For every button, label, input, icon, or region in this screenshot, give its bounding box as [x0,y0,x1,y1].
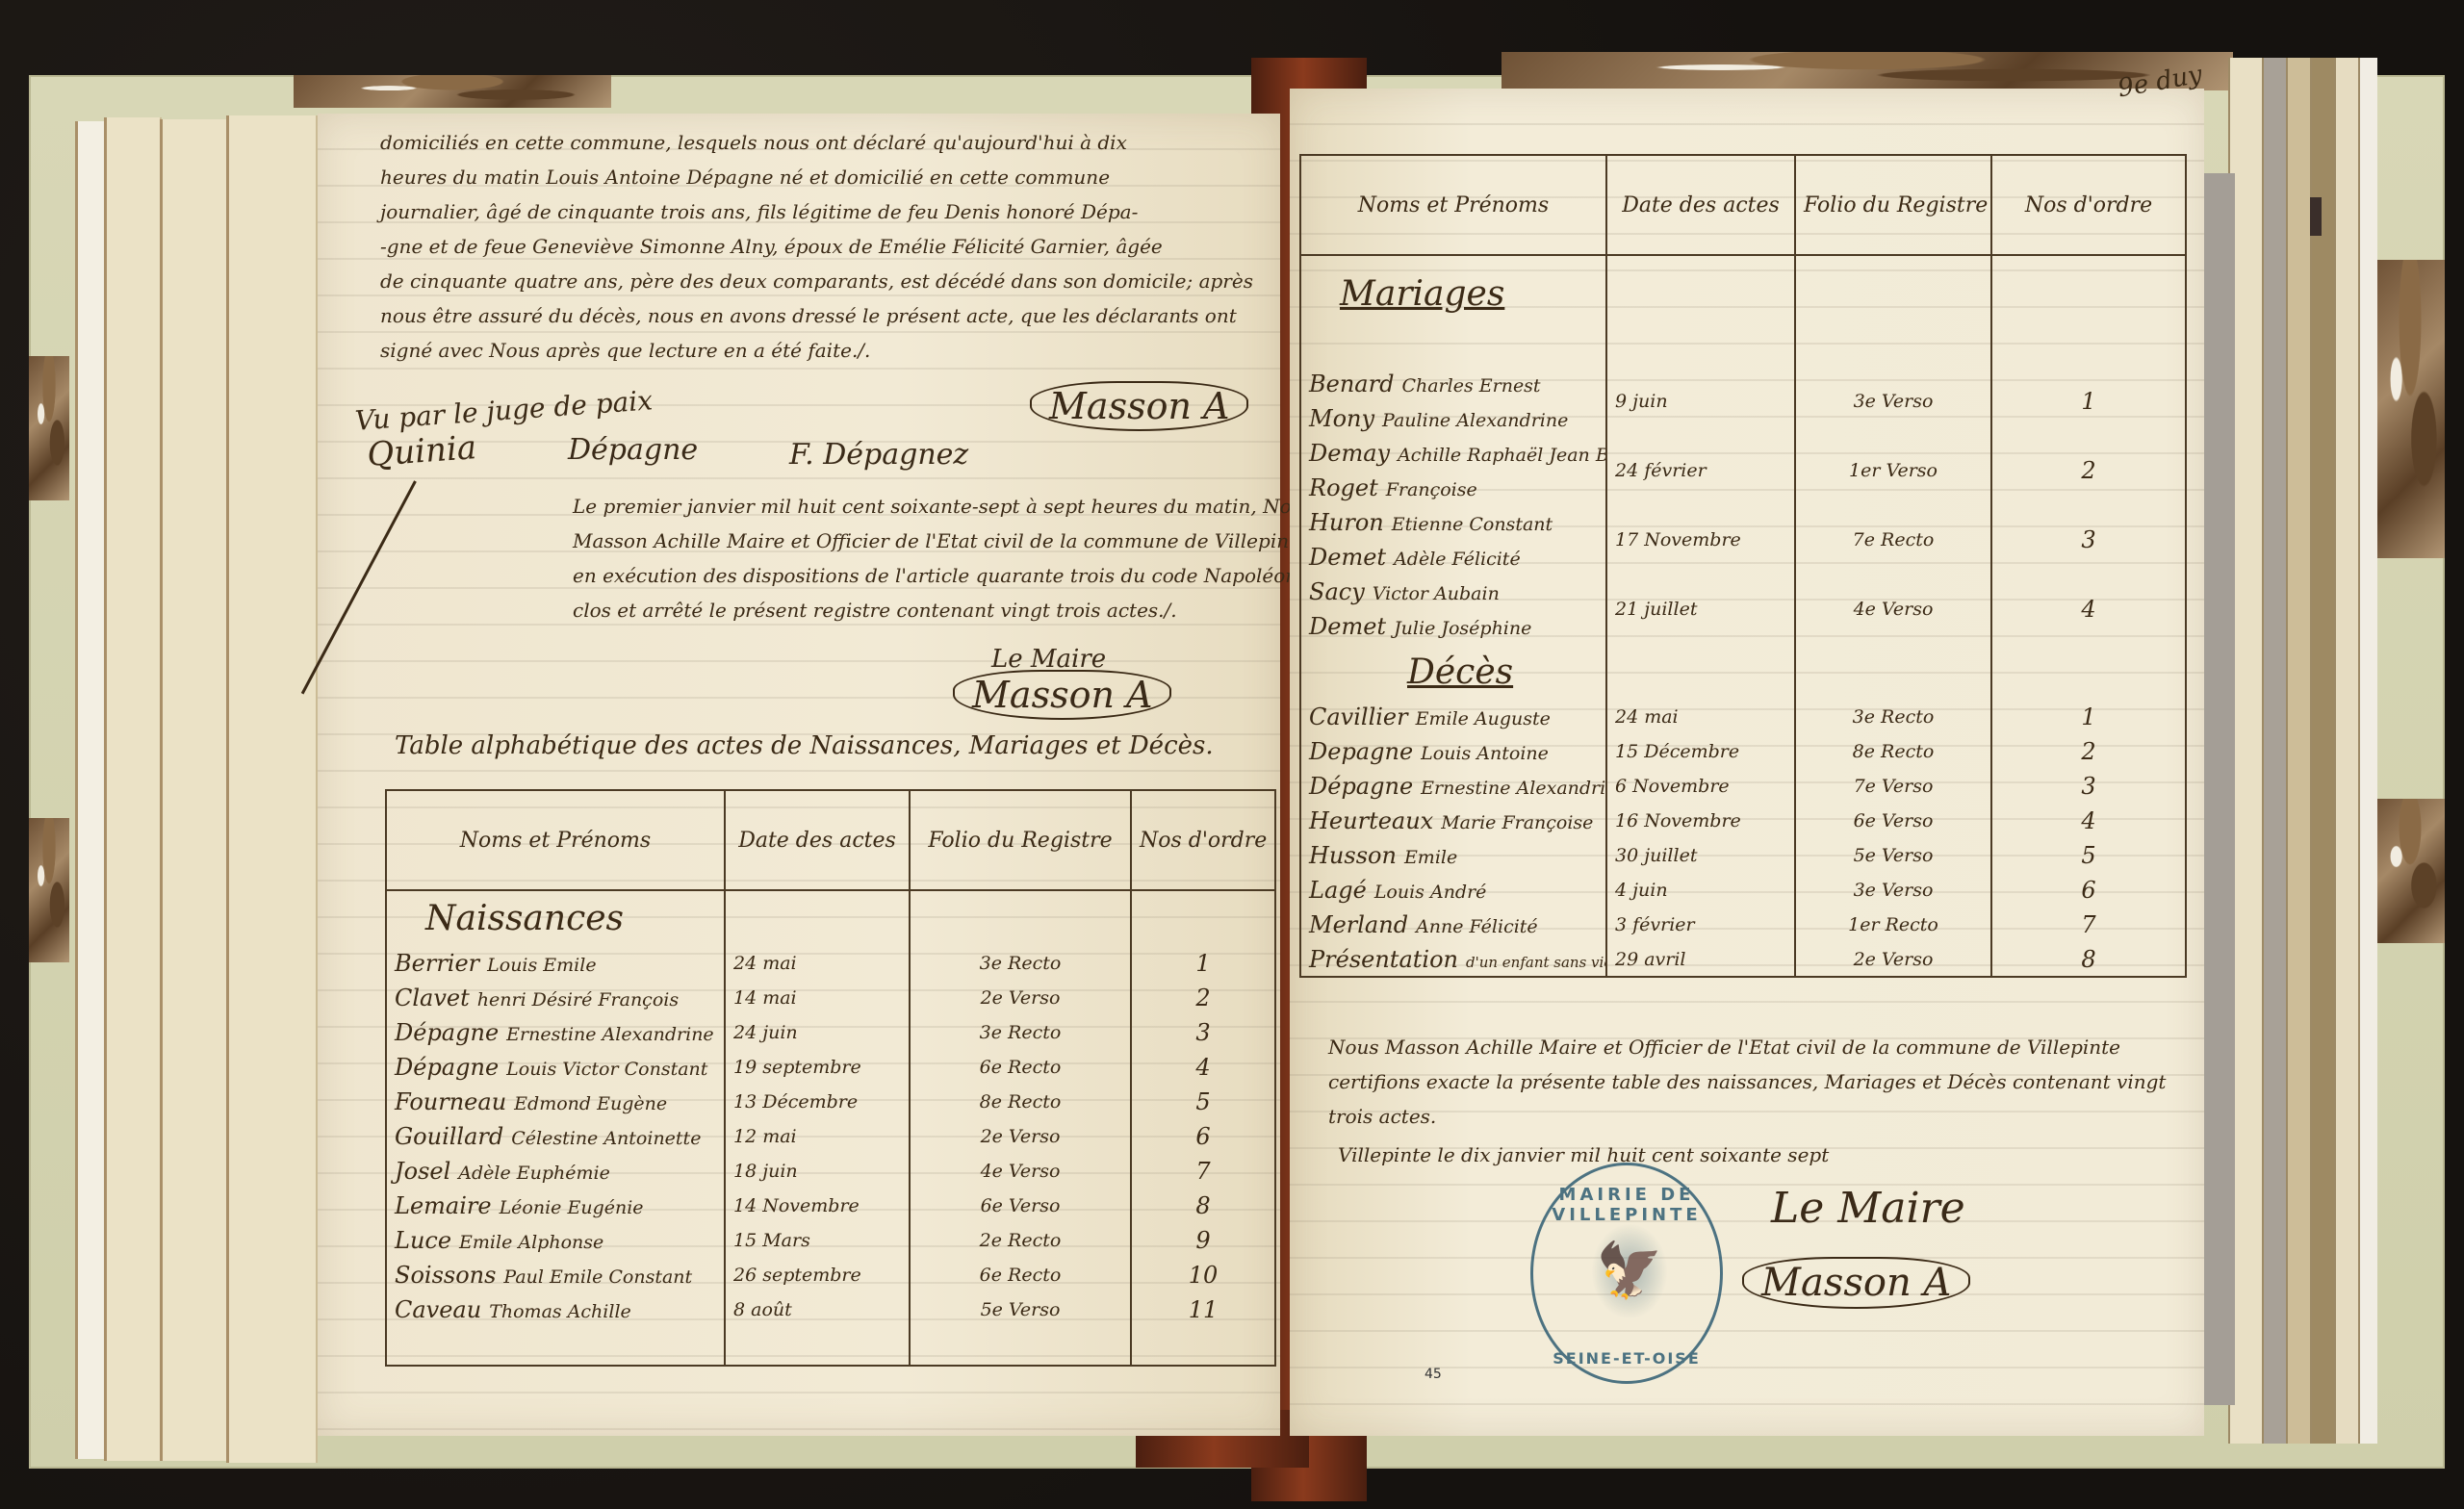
table-row: DepagneLouis Antoine 15 Décembre 8e Rect… [1300,734,2186,769]
clip-mark [2310,197,2322,236]
header-folio: Folio du Registre [910,790,1131,890]
table-row: GouillardCélestine Antoinette 12 mai 2e … [386,1119,1275,1154]
table-row: FourneauEdmond Eugène 13 Décembre 8e Rec… [386,1085,1275,1119]
table-row: JoselAdèle Euphémie 18 juin 4e Verso 7 [386,1154,1275,1189]
declarant-signature-1: Dépagne [568,433,698,467]
births-table: Noms et Prénoms Date des actes Folio du … [385,789,1276,1367]
page-edge [2358,58,2377,1444]
eagle-icon: 🦅 [1591,1223,1668,1319]
table-row: SoissonsPaul Emile Constant 26 septembre… [386,1258,1275,1292]
header-order: Nos d'ordre [1991,155,2186,255]
page-edge [104,117,162,1461]
table-title: Table alphabétique des actes de Naissanc… [395,731,1214,760]
mayor-signature: Masson A [1742,1261,1970,1305]
table-row: DépagneLouis Victor Constant 19 septembr… [386,1050,1275,1085]
page-number: 45 [1424,1367,1442,1382]
section-title-naissances: Naissances [386,890,725,946]
marbled-board [294,75,611,108]
section-row: Décès [1300,644,2186,700]
table-row: LagéLouis André 4 juin 3e Verso 6 [1300,873,2186,908]
stamp-top-text: MAIRIE DE VILLEPINTE [1533,1185,1720,1225]
death-record-text: domiciliés en cette commune, lesquels no… [380,125,1253,368]
page-edge [226,115,318,1463]
section-title-deces: Décès [1300,644,1606,700]
table-row: BerrierLouis Emile 24 mai 3e Recto 1 [386,946,1275,981]
table-row: LuceEmile Alphonse 15 Mars 2e Recto 9 [386,1223,1275,1258]
table-row: Présentationd'un enfant sans vie 29 avri… [1300,942,2186,977]
header-date: Date des actes [1606,155,1795,255]
mayor-title: Le Maire [1771,1184,1965,1233]
table-row: DépagneErnestine Alexandrine 24 juin 3e … [386,1015,1275,1050]
header-folio: Folio du Registre [1795,155,1991,255]
mayor-signature-2: Masson A [953,674,1171,716]
header-date: Date des actes [725,790,910,890]
table-spacer-row [386,1327,1275,1366]
table-header-row: Noms et Prénoms Date des actes Folio du … [386,790,1275,890]
table-row: DépagneErnestine Alexandrine 6 Novembre … [1300,769,2186,804]
marbled-board [2375,799,2445,943]
header-names: Noms et Prénoms [386,790,725,890]
table-row: HussonEmile 30 juillet 5e Verso 5 [1300,838,2186,873]
section-row: Mariages [1300,255,2186,332]
section-row: Naissances [386,890,1275,946]
declarant-signature-2: F. Dépagnez [789,438,968,472]
mayor-signature: Masson A [1030,385,1248,427]
table-row: CaveauThomas Achille 8 août 5e Verso 11 [386,1292,1275,1327]
stamp-bottom-text: SEINE-ET-OISE [1533,1349,1720,1368]
marriages-deaths-table: Noms et Prénoms Date des actes Folio du … [1299,154,2187,978]
table-row: BenardCharles Ernest 9 juin 3e Verso 1 [1300,367,2186,401]
place-date-line: Villepinte le dix janvier mil huit cent … [1338,1143,1829,1166]
register-closing-text: Le premier janvier mil huit cent soixant… [573,489,1366,627]
table-row: SacyVictor Aubain 21 juillet 4e Verso 4 [1300,575,2186,609]
table-row: HeurteauxMarie Françoise 16 Novembre 6e … [1300,804,2186,838]
table-row: Clavethenri Désiré François 14 mai 2e Ve… [386,981,1275,1015]
table-row: CavillierEmile Auguste 24 mai 3e Recto 1 [1300,700,2186,734]
table-row: MerlandAnne Félicité 3 février 1er Recto… [1300,908,2186,942]
mairie-stamp: MAIRIE DE VILLEPINTE 🦅 SEINE-ET-OISE [1530,1163,1723,1384]
section-title-mariages: Mariages [1300,255,1606,332]
table-row: LemaireLéonie Eugénie 14 Novembre 6e Ver… [386,1189,1275,1223]
table-header-row: Noms et Prénoms Date des actes Folio du … [1300,155,2186,255]
header-names: Noms et Prénoms [1300,155,1606,255]
marbled-board [2375,260,2445,558]
table-row: DemayAchille Raphaël Jean Bte 24 février… [1300,436,2186,471]
page-edge [160,119,229,1461]
table-row: HuronEtienne Constant 17 Novembre 7e Rec… [1300,505,2186,540]
header-order: Nos d'ordre [1131,790,1275,890]
marbled-board [29,356,69,500]
marbled-board [29,818,69,962]
certification-text: Nous Masson Achille Maire et Officier de… [1328,1030,2166,1134]
